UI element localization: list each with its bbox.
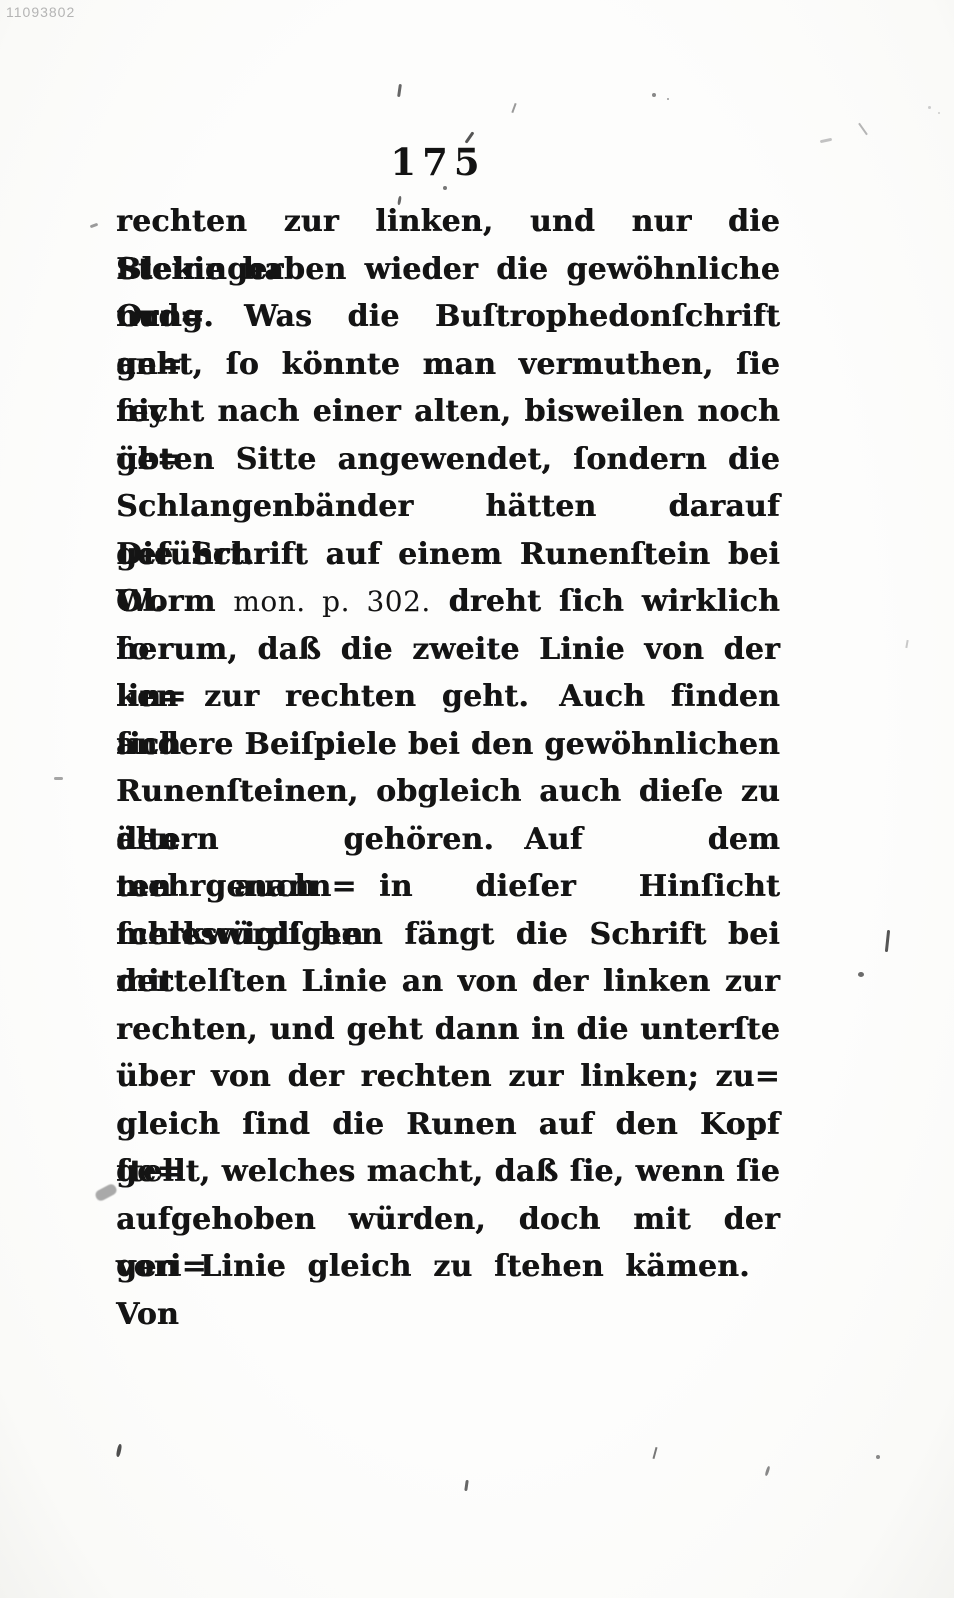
text-line-15: ten auch in dieſer Hinſicht merkwürdigen (116, 863, 780, 911)
text-line-9: Worm mon. p. 302. dreht ſich wirklich ſo (116, 578, 780, 626)
scanned-book-page: 11093802 175 rechten zur linken, und nur… (0, 0, 954, 1598)
text-line-7: Schlangenbänder hätten darauf geführt. (116, 483, 780, 531)
scan-artifact-dot (652, 93, 656, 97)
scan-artifact-comma (116, 1444, 123, 1458)
text-line-16: ſchleswigiſchen fängt die Schrift bei de… (116, 911, 780, 959)
text-run-fraktur: mittelſten Linie an von der linken zur (116, 964, 780, 999)
text-line-10: herum, daß die zweite Linie von der lin= (116, 626, 780, 674)
scan-artifact-dot (667, 98, 669, 100)
text-run-fraktur: andere Beiſpiele bei den gewöhnlichen (116, 727, 780, 762)
text-line-3: nung. Was die Buſtrophedonſchrift an= (116, 293, 780, 341)
text-line-22: aufgehoben würden, doch mit der vori= (116, 1196, 780, 1244)
scan-artifact-dot (928, 106, 931, 109)
text-line-13: Runenſteinen, obgleich auch dieſe zu den (116, 768, 780, 816)
text-line-20: gleich ſind die Runen auf den Kopf ge= (116, 1101, 780, 1149)
scan-artifact-dot (938, 112, 940, 114)
text-line-11: ken zur rechten geht. Auch finden ſich (116, 673, 780, 721)
scan-artifact-tick (397, 84, 402, 97)
text-line-5: nicht nach einer alten, bisweilen noch g… (116, 388, 780, 436)
text-run-fraktur: ſtellt, welches macht, daß ſie, wenn ſie (116, 1154, 780, 1189)
text-line-4: geht, ſo könnte man vermuthen, ſie ſey (116, 341, 780, 389)
pencil-mark (94, 1182, 119, 1202)
scan-artifact-dot (858, 972, 864, 977)
text-run-fraktur: Worm (116, 584, 233, 619)
scan-artifact-backslash (858, 123, 868, 136)
scan-artifact-dot (443, 186, 447, 190)
text-run-fraktur: gen Linie gleich zu ſtehen kämen. Von (116, 1249, 780, 1332)
scan-artifact-dash (54, 777, 63, 780)
scan-artifact-comma (765, 1466, 771, 1476)
scan-id-watermark: 11093802 (6, 4, 75, 20)
text-line-17: mittelſten Linie an von der linken zur (116, 958, 780, 1006)
scan-artifact-tick (885, 930, 890, 952)
scan-artifact-tick (905, 640, 908, 648)
text-line-1: rechten zur linken, und nur die Blekinge… (116, 198, 780, 246)
text-line-2: Steine haben wieder die gewöhnliche Ord= (116, 246, 780, 294)
scan-artifact-dot (876, 1455, 880, 1459)
page-text-block: rechten zur linken, und nur die Blekinge… (116, 198, 780, 1291)
text-line-8: Die Schrift auf einem Runenſtein bei Ol. (116, 531, 780, 579)
text-line-19: über von der rechten zur linken; zu= (116, 1053, 780, 1101)
text-line-18: rechten, und geht dann in die unterſte (116, 1006, 780, 1054)
scan-artifact-dash (90, 223, 99, 229)
page-number: 175 (106, 140, 770, 184)
text-run-fraktur: übten Sitte angewendet, ſondern die (116, 442, 780, 477)
text-run-fraktur: über von der rechten zur linken; zu= (116, 1059, 780, 1094)
text-run-antiqua: mon. p. 302. (233, 585, 430, 618)
scan-artifact-dash (820, 138, 832, 143)
text-line-21: ſtellt, welches macht, daß ſie, wenn ſie (116, 1148, 780, 1196)
text-line-23: gen Linie gleich zu ſtehen kämen. Von (116, 1243, 780, 1291)
text-line-6: übten Sitte angewendet, ſondern die (116, 436, 780, 484)
scan-artifact-slash (511, 103, 516, 113)
text-run-fraktur: rechten, und geht dann in die unterſte (116, 1012, 780, 1047)
text-line-14: ältern gehören. Auf dem mehrgenann= (116, 816, 780, 864)
scan-artifact-tick (464, 1480, 469, 1491)
scan-artifact-slash (652, 1447, 657, 1459)
text-line-12: andere Beiſpiele bei den gewöhnlichen (116, 721, 780, 769)
